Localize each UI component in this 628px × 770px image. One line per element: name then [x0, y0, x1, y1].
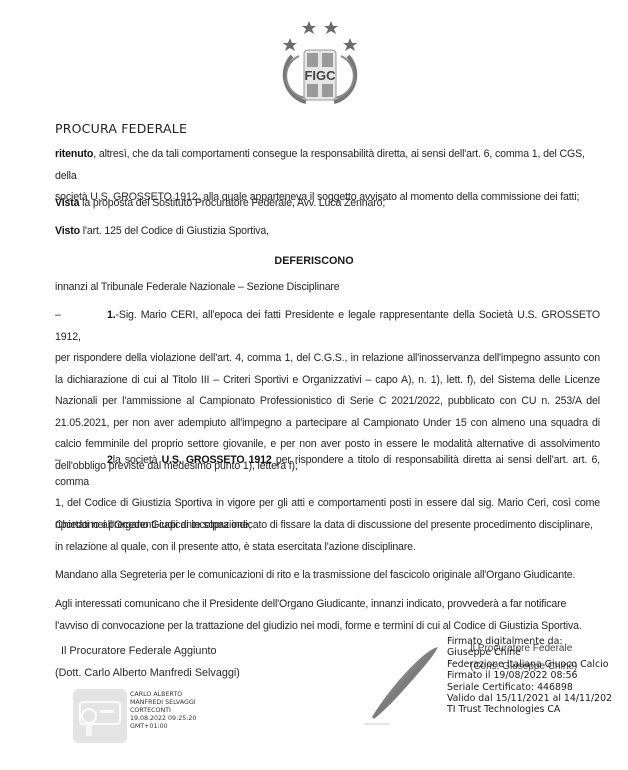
digital-stamp-left: CARLO ALBERTO MANFREDI SELVAGGI CORTECON…	[130, 691, 196, 731]
paragraph-agli: Agli interessati comunicano che il Presi…	[55, 594, 600, 637]
signature-left: Il Procuratore Federale Aggiunto (Dott. …	[55, 640, 240, 684]
signer-title-left: Il Procuratore Federale Aggiunto	[55, 640, 240, 662]
paragraph-innanzi: innanzi al Tribunale Federale Nazionale …	[55, 277, 600, 299]
digital-stamp-right: Firmato digitalmente da: Giuseppe Chinè …	[447, 636, 612, 716]
svg-text:FIGC: FIGC	[304, 68, 336, 83]
pen-icon	[360, 645, 440, 725]
certificate-seal-icon	[72, 688, 128, 744]
page-title: PROCURA FEDERALE	[55, 121, 187, 136]
paragraph-mandano: Mandano alla Segreteria per le comunicaz…	[55, 565, 600, 587]
figc-logo: FIGC	[282, 14, 358, 106]
deferiscono-heading: DEFERISCONO	[0, 255, 628, 267]
paragraph-chiedono: Chiedono all'Organo Giudicante sopra ind…	[55, 515, 600, 558]
star-icon	[283, 21, 357, 51]
signer-name-left: (Dott. Carlo Alberto Manfredi Selvaggi)	[55, 662, 240, 684]
paragraph-visto: Visto l'art. 125 del Codice di Giustizia…	[55, 221, 600, 243]
paragraph-vista: Vista la proposta del Sostituto Procurat…	[55, 193, 600, 215]
